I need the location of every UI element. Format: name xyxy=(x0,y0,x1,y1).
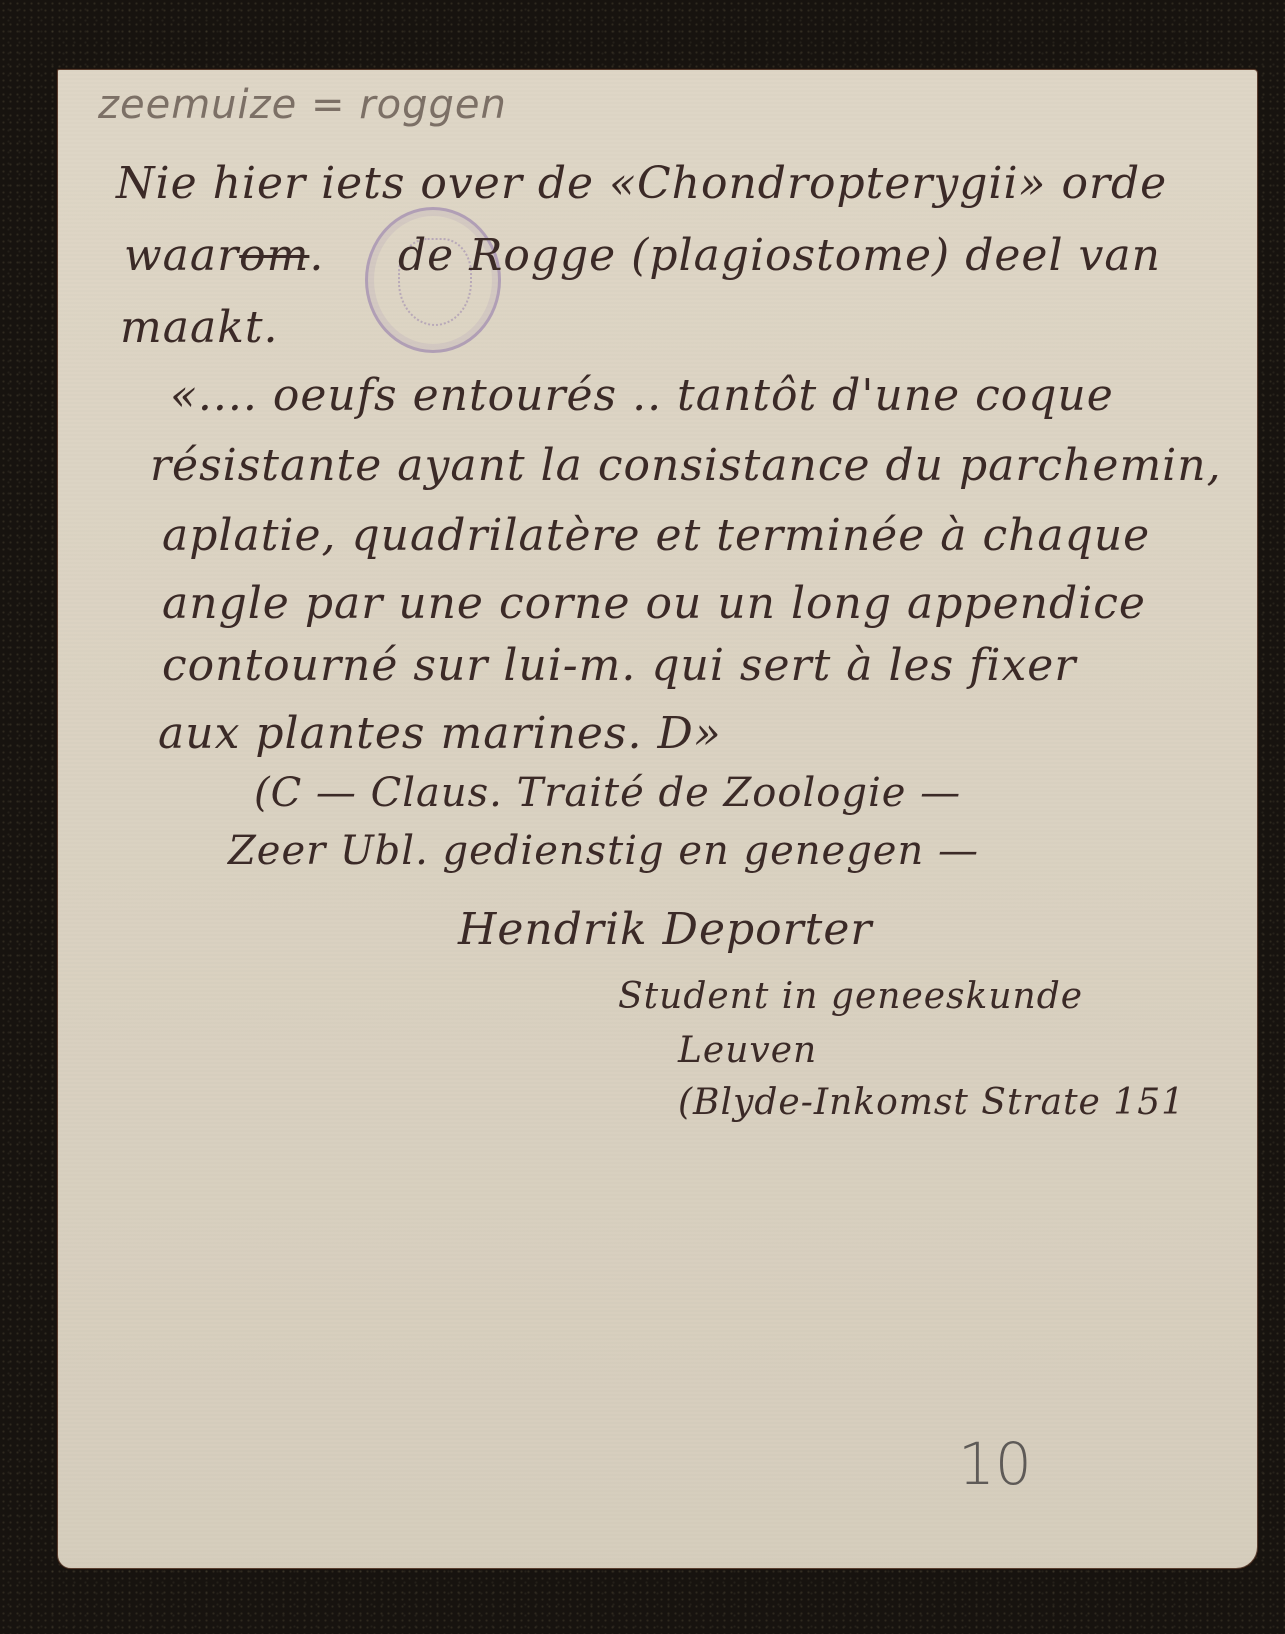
signature: Hendrik Deporter xyxy=(458,904,872,955)
letter-page: zeemuize = roggen Nie hier iets over de … xyxy=(57,69,1258,1569)
address: (Blyde-Inkomst Strate 151 xyxy=(678,1082,1185,1123)
quote-line-6: aux plantes marines. D» xyxy=(158,708,722,759)
city: Leuven xyxy=(678,1030,817,1071)
quote-line-2: résistante ayant la consistance du parch… xyxy=(150,440,1222,491)
quote-line-5: contourné sur lui-m. qui sert à les fixe… xyxy=(162,640,1076,691)
quote-line-3: aplatie, quadrilatère et terminée à chaq… xyxy=(162,510,1150,561)
citation: (C — Claus. Traité de Zoologie — xyxy=(254,770,961,816)
quote-line-4: angle par une corne ou un long appendice xyxy=(162,578,1146,629)
body-line-2-word: waar xyxy=(124,230,239,281)
body-line-2b: de Rogge (plagiostome) deel van xyxy=(398,230,1161,281)
body-line-2: waarom. xyxy=(124,230,324,281)
closing: Zeer Ubl. gedienstig en genegen — xyxy=(228,828,979,874)
quote-line-1: «.... oeufs entourés .. tantôt d'une coq… xyxy=(170,370,1114,421)
body-line-3: maakt. xyxy=(120,302,279,353)
signer-title: Student in geneeskunde xyxy=(618,976,1083,1017)
body-line-1: Nie hier iets over de «Chondropterygii» … xyxy=(116,158,1167,209)
struck-out-word: om xyxy=(239,230,309,281)
pencil-annotation: zeemuize = roggen xyxy=(98,82,507,128)
folio-number: 10 xyxy=(958,1430,1032,1498)
